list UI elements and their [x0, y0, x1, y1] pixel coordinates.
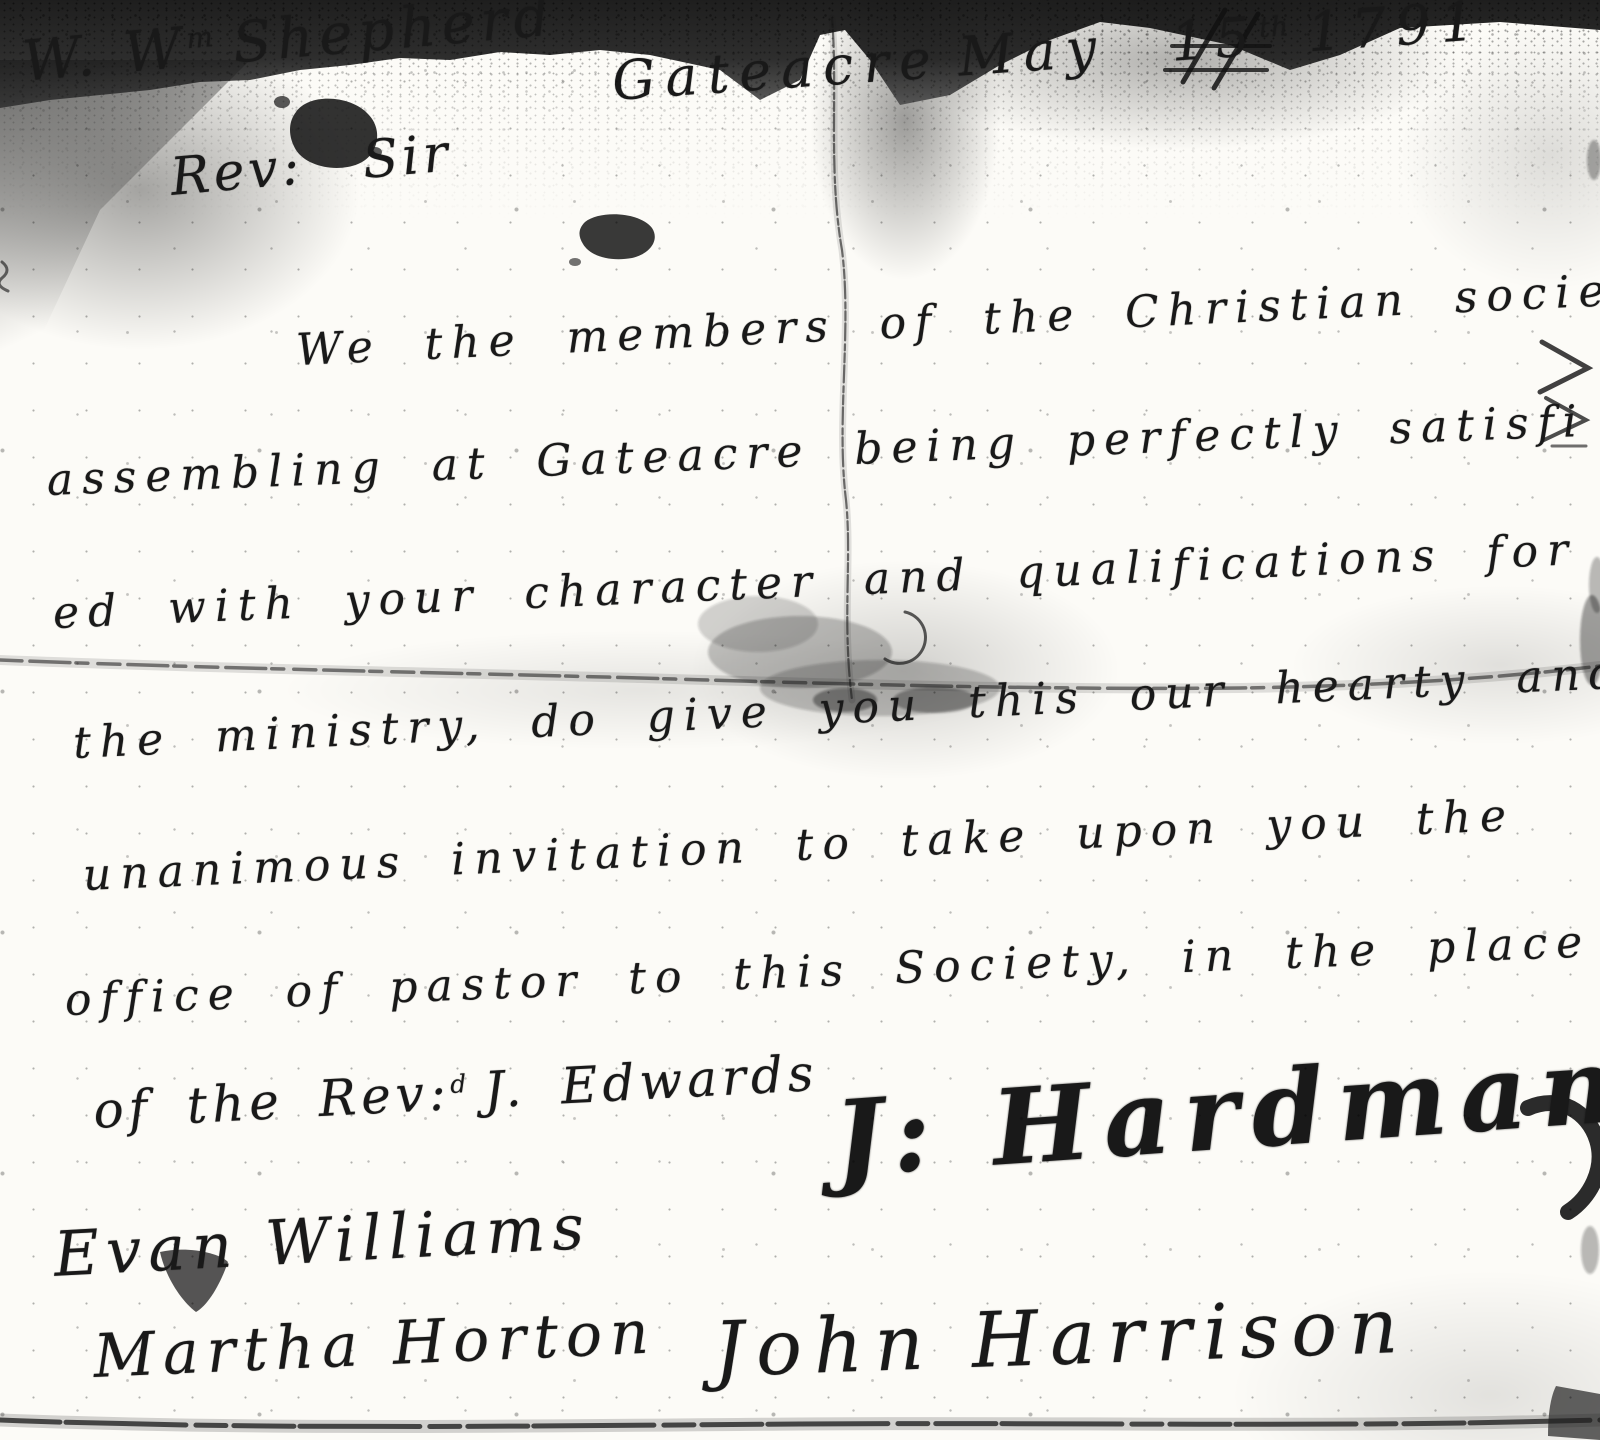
salutation: Rev:Sir: [168, 123, 454, 207]
addressee-pre: W. W: [20, 16, 190, 95]
salutation-word: Sir: [360, 123, 454, 191]
addressee-superscript: m: [185, 20, 215, 55]
body-line-3: ed with your character and qualification…: [52, 524, 1578, 639]
closing-name: J. Edwards: [483, 1044, 820, 1119]
closing-pre: of the Rev:: [92, 1063, 452, 1140]
closing-superscript: d: [449, 1069, 468, 1099]
body-line-2: assembling at Gateacre being perfectly s…: [46, 396, 1587, 506]
signature-hardman: J: Hardman: [830, 1022, 1600, 1200]
dateline-date: May 15: [956, 5, 1262, 89]
signature-williams: Evan Williams: [52, 1190, 593, 1291]
salutation-title: Rev:: [168, 136, 306, 207]
scanned-letter-page: W. WmShepherd GateacreMay 15th1791 Rev:S…: [0, 0, 1600, 1440]
body-line-4: the ministry, do give you this our heart…: [72, 647, 1600, 768]
dateline-year: 1791: [1305, 0, 1486, 64]
closing-line: of the Rev:dJ. Edwards: [92, 1044, 820, 1140]
dateline: GateacreMay 15th1791: [610, 0, 1487, 113]
dateline-superscript: th: [1258, 11, 1290, 44]
scan-smudge-top-left: [0, 60, 250, 360]
addressee-name: Shepherd: [230, 0, 558, 76]
addressee-line: W. WmShepherd: [20, 0, 558, 95]
dateline-place: Gateacre: [610, 27, 943, 113]
body-line-1: We the members of the Christian society: [295, 262, 1600, 376]
signature-horton: Martha Horton: [92, 1297, 658, 1392]
signature-harrison: John Harrison: [712, 1281, 1411, 1394]
body-line-5: unanimous invitation to take upon you th…: [82, 790, 1516, 901]
salutation-gap: [304, 178, 364, 183]
body-line-6: office of pastor to this Society, in the…: [64, 916, 1592, 1026]
